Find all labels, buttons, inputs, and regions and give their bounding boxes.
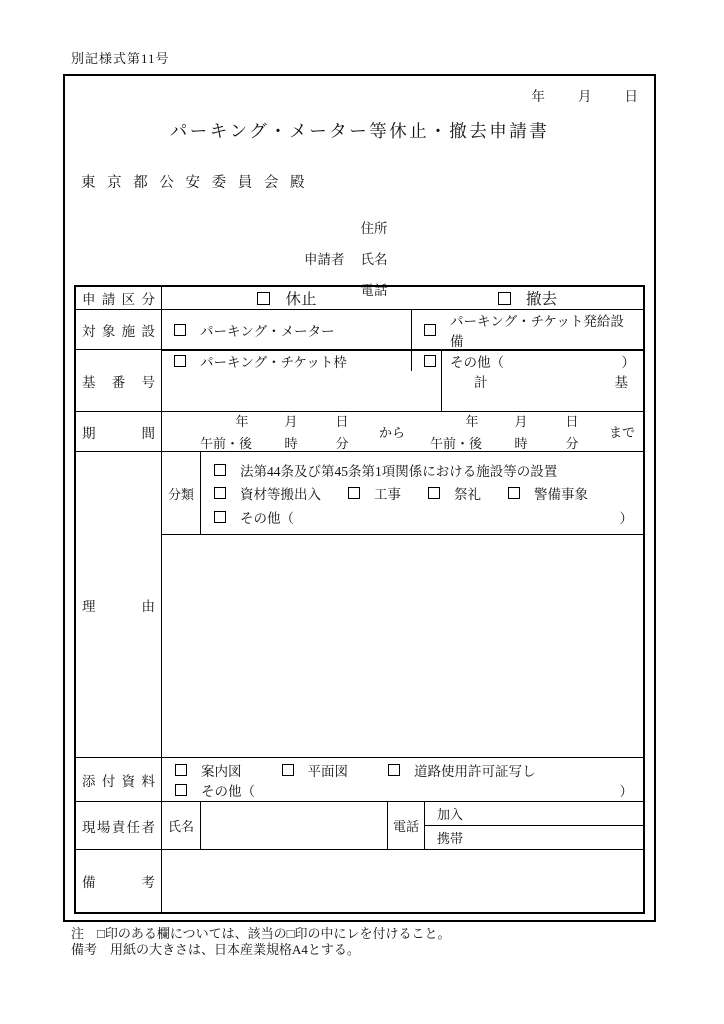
- mobile-label: 携帯: [437, 828, 463, 847]
- option-suspend: 休止: [162, 287, 412, 309]
- row-unit-number: 基番号 計 基: [76, 350, 643, 412]
- phone-mobile-row[interactable]: 携帯: [425, 826, 643, 849]
- application-table: 申請区分 休止 撤去 対象施設 パー: [74, 285, 645, 914]
- unit-total-cell[interactable]: 計 基: [442, 350, 643, 411]
- period-content[interactable]: 年 月 日 午前・後 時 分 から 年 月 日 午前・後 時 分: [162, 412, 643, 451]
- classification-line-2: 資材等搬出入 工事 祭礼: [214, 483, 633, 503]
- unit-total-label: 計: [474, 371, 488, 391]
- reason-right-area: 分類 法第44条及び第45条第1項関係における施設等の設置 資材等搬出入: [162, 452, 643, 757]
- option-remove: 撤去: [412, 287, 643, 309]
- period-start-ampm-label: 午前・後: [188, 433, 264, 452]
- attachments-label: 添付資料: [82, 770, 155, 790]
- option-festival: 祭礼: [428, 483, 481, 503]
- row-attachments: 添付資料 案内図 平面図 道路使用許可: [76, 758, 643, 802]
- manager-phone-label-cell: 電話: [388, 802, 425, 849]
- period-start-month-label: 月: [264, 411, 318, 430]
- manager-phone-label: 電話: [393, 816, 419, 835]
- festival-option-label: 祭礼: [454, 483, 481, 503]
- period-start-group: 年 月 日 午前・後 時 分: [188, 411, 366, 452]
- facility-grid: パーキング・メーター パーキング・チケット発給設備 パーキング・チケット枠 その…: [162, 310, 643, 349]
- date-line[interactable]: 年 月 日: [532, 85, 639, 105]
- classification-row: 分類 法第44条及び第45条第1項関係における施設等の設置 資材等搬出入: [162, 452, 643, 535]
- option-ticket-equipment: パーキング・チケット発給設備: [412, 310, 643, 351]
- row-facility: 対象施設 パーキング・メーター パーキング・チケット発給設備 パーキング・チケッ…: [76, 310, 643, 350]
- period-end-ampm-label: 午前・後: [418, 433, 494, 452]
- period-end-year-label: 年: [418, 411, 494, 430]
- ticket-equipment-label: パーキング・チケット発給設備: [450, 310, 635, 350]
- manager-name-label-cell: 氏名: [162, 802, 201, 849]
- period-start-minute-label: 分: [318, 433, 366, 452]
- category-label-cell: 申請区分: [76, 287, 162, 309]
- facility-label-cell: 対象施設: [76, 310, 162, 349]
- remarks-label: 備考: [82, 871, 155, 891]
- form-sheet: 年 月 日 パーキング・メーター等休止・撤去申請書 東 京 都 公 安 委 員 …: [63, 74, 656, 922]
- reason-input-area[interactable]: [162, 535, 643, 757]
- classification-label-cell: 分類: [162, 452, 201, 534]
- attach-other-label: その他（: [201, 780, 255, 800]
- checkbox-law[interactable]: [214, 464, 226, 476]
- attachments-label-cell: 添付資料: [76, 758, 162, 801]
- period-label: 期間: [82, 422, 155, 442]
- checkbox-road-permit[interactable]: [388, 764, 400, 776]
- date-year-label: 年: [532, 85, 546, 105]
- row-reason: 理由 分類 法第44条及び第45条第1項関係における施設等の設置: [76, 452, 643, 758]
- row-category: 申請区分 休止 撤去: [76, 287, 643, 310]
- period-start-year-label: 年: [188, 411, 264, 430]
- class-other-close-paren: ）: [620, 507, 634, 527]
- site-manager-label-cell: 現場責任者: [76, 802, 162, 849]
- period-to-label: まで: [609, 422, 635, 441]
- footnote-check-instruction: 注 □印のある欄については、該当の□印の中にレを付けること。: [71, 926, 450, 942]
- period-end-group: 年 月 日 午前・後 時 分: [418, 411, 596, 452]
- checkbox-attach-other[interactable]: [175, 784, 187, 796]
- applicant-label: 申請者: [304, 248, 345, 268]
- manager-name-label: 氏名: [168, 816, 194, 835]
- attachments-options: 案内図 平面図 道路使用許可証写し その他（: [162, 758, 643, 801]
- phone-number-stack: 加入 携帯: [425, 802, 643, 849]
- option-road-permit: 道路使用許可証写し: [388, 760, 536, 780]
- addressee: 東 京 都 公 安 委 員 会 殿: [81, 171, 309, 192]
- form-page: 別記様式第11号 年 月 日 パーキング・メーター等休止・撤去申請書 東 京 都…: [0, 0, 724, 1024]
- classification-label: 分類: [168, 484, 194, 503]
- applicant-address-label[interactable]: 住所: [361, 217, 388, 237]
- parking-meter-label: パーキング・メーター: [200, 320, 335, 340]
- row-site-manager: 現場責任者 氏名 電話 加入 携帯: [76, 802, 643, 850]
- unit-number-label-cell: 基番号: [76, 350, 162, 411]
- form-code: 別記様式第11号: [71, 48, 170, 67]
- reason-label: 理由: [82, 595, 155, 615]
- period-end-day-label: 日: [548, 411, 596, 430]
- road-permit-option-label: 道路使用許可証写し: [414, 760, 536, 780]
- option-materials: 資材等搬出入: [214, 483, 321, 503]
- checkbox-plan[interactable]: [282, 764, 294, 776]
- remove-option-label: 撤去: [526, 287, 557, 309]
- unit-number-label: 基番号: [82, 371, 155, 391]
- option-plan: 平面図: [282, 760, 349, 780]
- map-option-label: 案内図: [201, 760, 242, 780]
- checkbox-security[interactable]: [508, 487, 520, 499]
- checkbox-parking-meter[interactable]: [174, 324, 186, 336]
- checkbox-suspend[interactable]: [257, 292, 270, 305]
- attachments-line-1: 案内図 平面図 道路使用許可証写し: [175, 760, 633, 780]
- materials-option-label: 資材等搬出入: [240, 483, 321, 503]
- class-other-label: その他（: [240, 507, 294, 527]
- period-start-day-label: 日: [318, 411, 366, 430]
- option-construction: 工事: [348, 483, 401, 503]
- plan-option-label: 平面図: [308, 760, 349, 780]
- law-option-label: 法第44条及び第45条第1項関係における施設等の設置: [240, 460, 557, 480]
- checkbox-remove[interactable]: [498, 292, 511, 305]
- reason-label-cell: 理由: [76, 452, 162, 757]
- footnote-paper-size: 備考 用紙の大きさは、日本産業規格A4とする。: [71, 942, 450, 958]
- period-label-cell: 期間: [76, 412, 162, 451]
- period-end-minute-label: 分: [548, 433, 596, 452]
- landline-label: 加入: [437, 804, 463, 823]
- period-end-hour-label: 時: [494, 433, 548, 452]
- checkbox-construction[interactable]: [348, 487, 360, 499]
- site-manager-label: 現場責任者: [82, 816, 155, 836]
- option-parking-meter: パーキング・メーター: [162, 310, 412, 351]
- period-start-hour-label: 時: [264, 433, 318, 452]
- phone-landline-row[interactable]: 加入: [425, 802, 643, 826]
- option-law: 法第44条及び第45条第1項関係における施設等の設置: [214, 460, 633, 480]
- unit-number-input-area[interactable]: [162, 350, 442, 411]
- category-label: 申請区分: [82, 288, 155, 308]
- unit-suffix-label: 基: [615, 371, 629, 391]
- checkbox-class-other[interactable]: [214, 511, 226, 523]
- date-month-label: 月: [578, 85, 592, 105]
- period-from-label: から: [379, 422, 405, 441]
- checkbox-materials[interactable]: [214, 487, 226, 499]
- facility-label: 対象施設: [82, 320, 155, 340]
- classification-options: 法第44条及び第45条第1項関係における施設等の設置 資材等搬出入 工事: [201, 452, 643, 534]
- manager-name-input-area[interactable]: [201, 802, 388, 849]
- date-day-label: 日: [625, 85, 639, 105]
- construction-option-label: 工事: [374, 483, 401, 503]
- row-remarks: 備考: [76, 850, 643, 912]
- option-class-other: その他（ ）: [214, 507, 633, 527]
- checkbox-festival[interactable]: [428, 487, 440, 499]
- row-period: 期間 年 月 日 午前・後 時 分 から 年 月 日: [76, 412, 643, 452]
- period-end-month-label: 月: [494, 411, 548, 430]
- applicant-name-label[interactable]: 氏名: [361, 248, 388, 268]
- security-option-label: 警備事象: [534, 483, 588, 503]
- remarks-label-cell: 備考: [76, 850, 162, 912]
- attach-other-close-paren: ）: [620, 780, 634, 800]
- suspend-option-label: 休止: [285, 287, 316, 309]
- page-title: パーキング・メーター等休止・撤去申請書: [65, 118, 654, 143]
- checkbox-ticket-equipment[interactable]: [424, 324, 436, 336]
- remarks-input-area[interactable]: [162, 850, 643, 912]
- checkbox-map[interactable]: [175, 764, 187, 776]
- footnotes: 注 □印のある欄については、該当の□印の中にレを付けること。 備考 用紙の大きさ…: [71, 926, 450, 957]
- option-security: 警備事象: [508, 483, 588, 503]
- option-attach-other: その他（ ）: [175, 780, 633, 800]
- option-map: 案内図: [175, 760, 242, 780]
